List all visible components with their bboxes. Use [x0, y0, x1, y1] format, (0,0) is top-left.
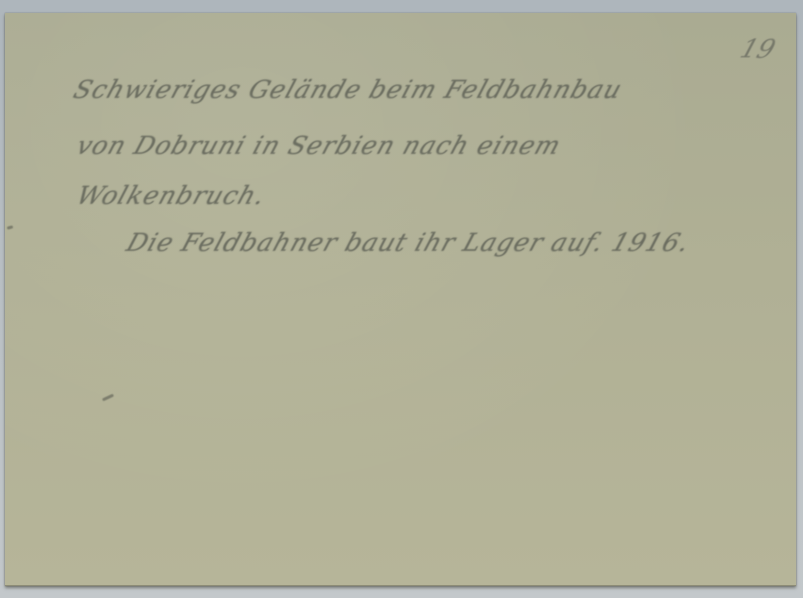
handwriting-line-2: von Dobruni in Serbien nach einem [73, 131, 565, 160]
page-number: 19 [736, 35, 779, 65]
handwritten-card: 19 Schwieriges Gelände beim Feldbahnbau … [5, 13, 796, 586]
handwriting-line-4: Die Feldbahner baut ihr Lager auf. 1916. [123, 228, 694, 257]
pencil-mark [102, 394, 114, 402]
handwriting-line-1: Schwieriges Gelände beim Feldbahnbau [70, 75, 626, 104]
handwriting-line-3: Wolkenbruch. [73, 181, 270, 210]
pencil-mark [7, 225, 14, 229]
